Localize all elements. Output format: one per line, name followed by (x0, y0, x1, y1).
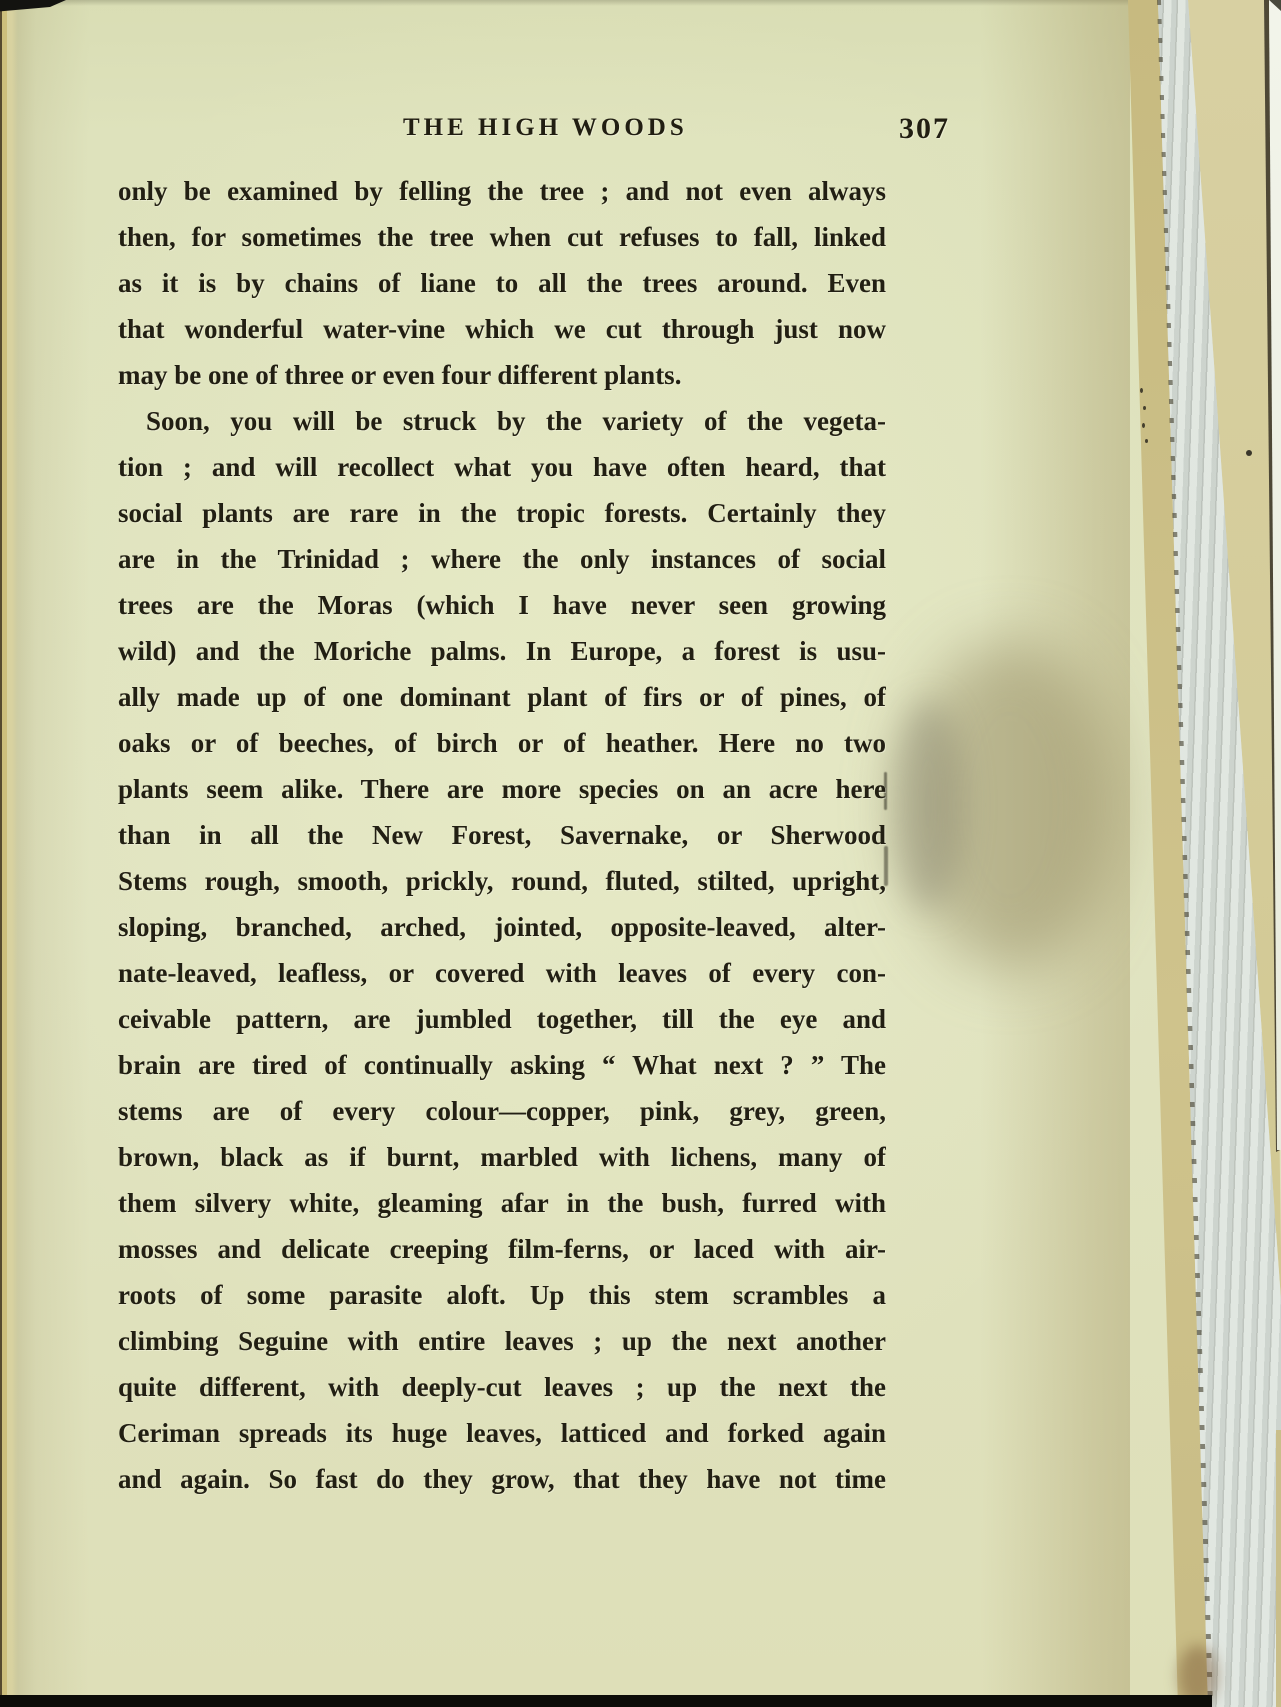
text-line: tion ; and will recollect what you have … (118, 444, 886, 490)
text-line: mosses and delicate creeping film-ferns,… (118, 1226, 886, 1272)
text-line: wild) and the Moriche palms. In Europe, … (118, 628, 886, 674)
text-line: as it is by chains of liane to all the t… (118, 260, 886, 306)
text-line: them silvery white, gleaming afar in the… (118, 1180, 886, 1226)
text-line: are in the Trinidad ; where the only ins… (118, 536, 886, 582)
edge-speck (1143, 406, 1146, 410)
text-line: nate-leaved, leafless, or covered with l… (118, 950, 886, 996)
text-line: social plants are rare in the tropic for… (118, 490, 886, 536)
chapter-title: THE HIGH WOODS (403, 114, 688, 142)
text-line: then, for sometimes the tree when cut re… (118, 214, 886, 260)
text-line: stems are of every colour—copper, pink, … (118, 1088, 886, 1134)
text-line: only be examined by felling the tree ; a… (118, 168, 886, 214)
fore-edge-sliver (1276, 1430, 1281, 1707)
text-line: brown, black as if burnt, marbled with l… (118, 1134, 886, 1180)
text-line: oaks or of beeches, of birch or of heath… (118, 720, 886, 766)
text-line: Ceriman spreads its huge leaves, lattice… (118, 1410, 886, 1456)
text-line: ally made up of one dominant plant of fi… (118, 674, 886, 720)
edge-speck (1142, 423, 1145, 428)
bottom-scan-bar (0, 1695, 1212, 1707)
text-line: roots of some parasite aloft. Up this st… (118, 1272, 886, 1318)
text-line: ceivable pattern, are jumbled together, … (118, 996, 886, 1042)
text-line: trees are the Moras (which I have never … (118, 582, 886, 628)
text-line: and again. So fast do they grow, that th… (118, 1456, 886, 1502)
book-page-scan: THE HIGH WOODS 307 only be examined by f… (0, 0, 1281, 1707)
text-line: than in all the New Forest, Savernake, o… (118, 812, 886, 858)
edge-speck (1145, 439, 1148, 443)
running-header: THE HIGH WOODS 307 (0, 0, 1281, 60)
text-line: brain are tired of continually asking “ … (118, 1042, 886, 1088)
text-line: quite different, with deeply-cut leaves … (118, 1364, 886, 1410)
text-line: may be one of three or even four differe… (118, 352, 886, 398)
text-line: climbing Seguine with entire leaves ; up… (118, 1318, 886, 1364)
edge-speck (1140, 388, 1143, 393)
text-line: that wonderful water-vine which we cut t… (118, 306, 886, 352)
left-page-edge (0, 0, 18, 1707)
text-line: Stems rough, smooth, prickly, round, flu… (118, 858, 886, 904)
text-line: plants seem alike. There are more specie… (118, 766, 886, 812)
text-line: sloping, branched, arched, jointed, oppo… (118, 904, 886, 950)
scan-shadow-blob-inner (893, 700, 963, 910)
page-number: 307 (899, 112, 950, 146)
paper-speck (1246, 450, 1252, 456)
text-line: Soon, you will be struck by the variety … (118, 398, 886, 444)
body-text: only be examined by felling the tree ; a… (118, 168, 886, 1502)
